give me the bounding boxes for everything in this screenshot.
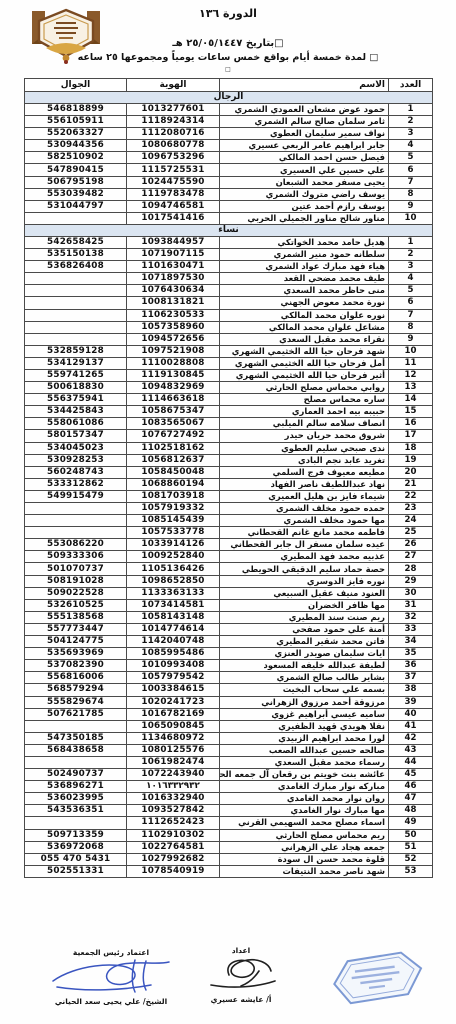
cell-id: 1058675347	[127, 406, 220, 418]
table-row: 17شروق محمد حريان حيدر107672749258015734…	[25, 430, 433, 442]
cell-mobile	[25, 297, 127, 309]
cell-mobile: 504124775	[25, 636, 127, 648]
cell-count: 3	[389, 261, 433, 273]
cell-mobile: 532859128	[25, 345, 127, 357]
cell-name: نوره علوان محمد المالكي	[220, 309, 389, 321]
cell-name: شيماء فايز بن هليل العميري	[220, 490, 389, 502]
prepared-block: اعداد أ/ عايشه عسيري	[188, 946, 294, 1004]
cell-count: 28	[389, 563, 433, 575]
cell-mobile: 553086220	[25, 539, 127, 551]
table-row: 45عائشه بنت خويتم بن رقعان آل جمعه الحار…	[25, 769, 433, 781]
table-row: 33أمنة علي حمود صفحي1014774614557773447	[25, 623, 433, 635]
table-row: 19تغريد عابد نجم البادي10568126375309282…	[25, 454, 433, 466]
cell-name: ندى صبحي سليم العطوي	[220, 442, 389, 454]
header-count: العدد	[389, 79, 433, 92]
duration-line: □ لمدة خمسة أيام بواقع خمس ساعات يومياً …	[0, 52, 456, 63]
cell-count: 12	[389, 369, 433, 381]
cell-name: عائشه بنت خويتم بن رقعان آل جمعه الحارثي	[220, 769, 389, 781]
cell-mobile: 536896271	[25, 781, 127, 793]
cell-name: يوسف رازم أحمد عتين	[220, 200, 389, 212]
cell-id: 1101630471	[127, 261, 220, 273]
cell-name: مباركه نوار مبارك الغامدي	[220, 781, 389, 793]
table-row: 8مشاعل علوان محمد المالكي1057358960	[25, 321, 433, 333]
cell-name: نقراء محمد مقبل السعدي	[220, 333, 389, 345]
cell-id: 1096753296	[127, 152, 220, 164]
cell-id: 1085145439	[127, 515, 220, 527]
cell-count: 46	[389, 781, 433, 793]
table-row: 9نقراء محمد مقبل السعدي1094572656	[25, 333, 433, 345]
cell-count: 9	[389, 200, 433, 212]
cell-name: يوسف راضي متروك الشمري	[220, 188, 389, 200]
cell-id: 1024475590	[127, 176, 220, 188]
cell-count: 50	[389, 829, 433, 841]
cell-id: 1118924314	[127, 116, 220, 128]
cell-id: 1094746581	[127, 200, 220, 212]
cell-count: 19	[389, 454, 433, 466]
table-row: 4طيف محمد مضحي القعد1071897530	[25, 273, 433, 285]
table-row: 18ندى صبحي سليم العطوي110251816253404502…	[25, 442, 433, 454]
table-row: 20مطيعه معيوف فرج السلمي1058450048560248…	[25, 466, 433, 478]
cell-mobile: 543536351	[25, 805, 127, 817]
cell-mobile: 531044797	[25, 200, 127, 212]
cell-count: 1	[389, 236, 433, 248]
table-row: 35ايات سليمان صويدر العنزي10859954865356…	[25, 648, 433, 660]
table-row: 3هياء فهد مبارك عواد الشمري1101630471536…	[25, 261, 433, 273]
cell-mobile: 536826408	[25, 261, 127, 273]
table-row: 22شيماء فايز بن هليل العميري108170391854…	[25, 490, 433, 502]
cell-mobile: 556105911	[25, 116, 127, 128]
cell-id: 1056812637	[127, 454, 220, 466]
cell-name: علي حسين علي العسيري	[220, 164, 389, 176]
cell-id: 1003384615	[127, 684, 220, 696]
table-row: 29نوره فايز الدوسري1098652850508191028	[25, 575, 433, 587]
cell-name: ساميه عيسي أبراهيم غزوي	[220, 708, 389, 720]
cell-mobile: 555829674	[25, 696, 127, 708]
cell-name: ريم محماس مصلح الحارثي	[220, 829, 389, 841]
cell-id: 1057358960	[127, 321, 220, 333]
table-row: 10شهد فرحان حيا الله الخثيمي الشهري10975…	[25, 345, 433, 357]
cell-id: 1094832969	[127, 382, 220, 394]
table-row: 10مناور شالح مناور الجميلي الحربي1017541…	[25, 212, 433, 224]
cell-name: سلطانه حمود منير الشمري	[220, 249, 389, 261]
cell-name: حمود عوض مشعان العمودي الشمري	[220, 104, 389, 116]
cell-mobile	[25, 756, 127, 768]
cell-mobile: 535150138	[25, 249, 127, 261]
cell-name: منى حاظر محمد السعدي	[220, 285, 389, 297]
table-row: 8يوسف راضي متروك الشمري11197834785530394…	[25, 188, 433, 200]
cell-id: 1008131821	[127, 297, 220, 309]
cell-id: 1076727492	[127, 430, 220, 442]
section-row: نساء	[25, 224, 433, 236]
cell-count: 2	[389, 249, 433, 261]
cell-id: 1094572656	[127, 333, 220, 345]
cell-count: 13	[389, 382, 433, 394]
cell-id: 1083565067	[127, 418, 220, 430]
cell-name: نواف سمير سليمان العطوي	[220, 128, 389, 140]
cell-mobile: 507621785	[25, 708, 127, 720]
table-row: 30العنود منيف عقيل السبيعي11333631335090…	[25, 587, 433, 599]
cell-id: 1119783478	[127, 188, 220, 200]
cell-count: 8	[389, 321, 433, 333]
cell-name: طيف محمد مضحي القعد	[220, 273, 389, 285]
cell-id: 1009252840	[127, 551, 220, 563]
cell-count: 4	[389, 140, 433, 152]
table-row: 23حمده حمود مخلف الشمري1057919332	[25, 503, 433, 515]
cell-count: 33	[389, 623, 433, 635]
cell-name: جمعه هجاد علي الزهراني	[220, 841, 389, 853]
cell-name: حبيبه بيه احمد العماري	[220, 406, 389, 418]
cell-id: 1027992682	[127, 853, 220, 865]
cell-id: 1102910302	[127, 829, 220, 841]
cell-mobile: 582510902	[25, 152, 127, 164]
cell-id: 1114663618	[127, 394, 220, 406]
cell-count: 51	[389, 841, 433, 853]
cell-name: مرزوقة أحمد مرزوق الزهراني	[220, 696, 389, 708]
cell-mobile: 530928253	[25, 454, 127, 466]
cell-id: 1112652423	[127, 817, 220, 829]
cell-id: 1105136426	[127, 563, 220, 575]
cell-count: 53	[389, 865, 433, 877]
cell-id: 1014774614	[127, 623, 220, 635]
cell-id: 1016782169	[127, 708, 220, 720]
table-row: 43صالحه حسين عبدالله الصعب10801255765684…	[25, 744, 433, 756]
cell-count: 10	[389, 212, 433, 224]
cell-name: هياء فهد مبارك عواد الشمري	[220, 261, 389, 273]
cell-id: 1071907115	[127, 249, 220, 261]
cell-id: 1112080716	[127, 128, 220, 140]
table-row: 1هديل حامد محمد الخواتكي1093844957542658…	[25, 236, 433, 248]
date-block: □بتاريخ ٢٥/٠٥/١٤٤٧ هـ □ لمدة خمسة أيام ب…	[0, 38, 456, 73]
cell-name: تغريد عابد نجم البادي	[220, 454, 389, 466]
table-row: 32ريم صنت سند المطيري1058143148555138568	[25, 611, 433, 623]
cell-mobile: 555138568	[25, 611, 127, 623]
cell-name: جابر ابراهيم عامر الربعي عسيري	[220, 140, 389, 152]
date-line: □بتاريخ ٢٥/٠٥/١٤٤٧ هـ	[0, 38, 456, 49]
cell-count: 20	[389, 466, 433, 478]
table-row: 36لطيفة عبدالله خليفه المسعود10109934085…	[25, 660, 433, 672]
cell-mobile	[25, 817, 127, 829]
cell-count: 30	[389, 587, 433, 599]
cell-mobile: 530944356	[25, 140, 127, 152]
cell-id: 1022764581	[127, 841, 220, 853]
table-row: 6علي حسين علي العسيري1115725531547890415	[25, 164, 433, 176]
cell-count: 25	[389, 527, 433, 539]
cell-count: 6	[389, 297, 433, 309]
cell-id: 1119130845	[127, 369, 220, 381]
cell-mobile: 547890415	[25, 164, 127, 176]
cell-mobile: 559741265	[25, 369, 127, 381]
cell-id: 1080680778	[127, 140, 220, 152]
table-row: 27عذبيه محمد فهد المطيري1009252840509333…	[25, 551, 433, 563]
cell-id: 1020241723	[127, 696, 220, 708]
cell-mobile: 502490737	[25, 769, 127, 781]
cell-name: مها مبارك نوار الغامدي	[220, 805, 389, 817]
cell-id: 1033914126	[127, 539, 220, 551]
table-row: 2سلطانه حمود منير الشمري1071907115535150…	[25, 249, 433, 261]
cell-count: 7	[389, 176, 433, 188]
cell-id: 1093527842	[127, 805, 220, 817]
cell-count: 11	[389, 357, 433, 369]
cell-name: حصة حماد سليم الدقيقي الحويطي	[220, 563, 389, 575]
table-row: 41نفلا هويدي قهيد الظفيري1065090845	[25, 720, 433, 732]
table-row: 31مها ظافر الخضران1073414581532610525	[25, 599, 433, 611]
cell-count: 15	[389, 406, 433, 418]
cell-id: 1102518162	[127, 442, 220, 454]
cell-name: فيصل حسن احمد المالكي	[220, 152, 389, 164]
table-row: 51جمعه هجاد علي الزهراني1022764581536972…	[25, 841, 433, 853]
cell-count: 24	[389, 515, 433, 527]
cell-id: 1081703918	[127, 490, 220, 502]
cell-name: مها حمود مخلف الشمري	[220, 515, 389, 527]
cell-id: 1093844957	[127, 236, 220, 248]
cell-mobile	[25, 273, 127, 285]
blue-handwritten-signature-icon	[36, 957, 186, 999]
cell-count: 44	[389, 756, 433, 768]
cell-count: 21	[389, 478, 433, 490]
cell-name: ساره محماس مصلح	[220, 394, 389, 406]
cell-count: 16	[389, 418, 433, 430]
cell-mobile: 549915479	[25, 490, 127, 502]
cell-count: 5	[389, 285, 433, 297]
cell-count: 4	[389, 273, 433, 285]
cell-name: أمل فرحان حيا الله الخثيمي الشهري	[220, 357, 389, 369]
cell-count: 5	[389, 152, 433, 164]
table-row: 21نهاد عبداللطيف ناصر الفهاد106886019453…	[25, 478, 433, 490]
cell-name: بسمه علي سحاب البخيت	[220, 684, 389, 696]
table-row: 49اسماء مصلح محمد السهيمي القرني11126524…	[25, 817, 433, 829]
cell-id: 1065090845	[127, 720, 220, 732]
table-row: 52قلوة محمد حسن ال سودة1027992682055 470…	[25, 853, 433, 865]
cell-mobile: 509333306	[25, 551, 127, 563]
cell-mobile	[25, 720, 127, 732]
table-row: 12أثير فرحان حيا الله الخثيمي الشهري1119…	[25, 369, 433, 381]
cell-mobile: 509713359	[25, 829, 127, 841]
cell-name: ريم صنت سند المطيري	[220, 611, 389, 623]
cell-mobile: 055 470 5431	[25, 853, 127, 865]
table-row: 39مرزوقة أحمد مرزوق الزهراني102024172355…	[25, 696, 433, 708]
cell-mobile: 557773447	[25, 623, 127, 635]
table-row: 48مها مبارك نوار الغامدي1093527842543536…	[25, 805, 433, 817]
table-row: 16انصاف سلامه سالم الميلبي10835650675580…	[25, 418, 433, 430]
cell-name: روابي محماس مصلح الحارثي	[220, 382, 389, 394]
approval-name: الشيخ/ علي يحيى سعد الحياني	[36, 997, 186, 1006]
cell-mobile: 558061086	[25, 418, 127, 430]
cell-mobile	[25, 503, 127, 515]
header-id: الهوية	[127, 79, 220, 92]
table-row: 46مباركه نوار مبارك الغامدي١٠١٦٣٣٢٩٣٢536…	[25, 781, 433, 793]
cell-id: 1016332940	[127, 793, 220, 805]
table-row: 40ساميه عيسي أبراهيم غزوي101678216950762…	[25, 708, 433, 720]
cell-mobile	[25, 285, 127, 297]
header-name: الاسم	[220, 79, 389, 92]
cell-mobile	[25, 321, 127, 333]
cell-name: نهاد عبداللطيف ناصر الفهاد	[220, 478, 389, 490]
cell-id: 1058143148	[127, 611, 220, 623]
table-row: 6نورة محمد معوض الجهني1008131821	[25, 297, 433, 309]
cell-mobile: 542658425	[25, 236, 127, 248]
table-row: 44رسماء محمد مقبل السعدي1061982474	[25, 756, 433, 768]
table-row: 5منى حاظر محمد السعدي1076430634	[25, 285, 433, 297]
cell-id: 1057533778	[127, 527, 220, 539]
cell-count: 52	[389, 853, 433, 865]
table-row: 15حبيبه بيه احمد العماري1058675347534425…	[25, 406, 433, 418]
cell-name: لورا محمد ابراهيم الزبيدي	[220, 732, 389, 744]
table-row: 7يحيى مسفر محمد الشبعان10244755905067951…	[25, 176, 433, 188]
cell-count: 10	[389, 345, 433, 357]
table-row: 25فاطمه محمد مانع غانم القحطاني105753377…	[25, 527, 433, 539]
table-row: 42لورا محمد ابراهيم الزبيدي1134680972547…	[25, 732, 433, 744]
table-row: 5فيصل حسن احمد المالكي109675329658251090…	[25, 152, 433, 164]
cell-name: أمنة علي حمود صفحي	[220, 623, 389, 635]
cell-count: 34	[389, 636, 433, 648]
approval-label: اعتماد رئيس الجمعية	[36, 948, 186, 957]
dark-handwritten-signature-icon	[188, 955, 294, 997]
cell-id: 1078540919	[127, 865, 220, 877]
cell-name: عيده سلمان مسفر ال جابر القحطاني	[220, 539, 389, 551]
cell-mobile: 560248743	[25, 466, 127, 478]
cell-id: 1106230533	[127, 309, 220, 321]
cell-mobile: 532610525	[25, 599, 127, 611]
cell-id: 1017541416	[127, 212, 220, 224]
cell-name: حمده حمود مخلف الشمري	[220, 503, 389, 515]
cell-mobile: 556816006	[25, 672, 127, 684]
cell-id: 1142040748	[127, 636, 220, 648]
cell-count: 35	[389, 648, 433, 660]
cell-name: صالحه حسين عبدالله الصعب	[220, 744, 389, 756]
cell-count: 3	[389, 128, 433, 140]
cell-mobile: 533312862	[25, 478, 127, 490]
prepared-label: اعداد	[188, 946, 294, 955]
cell-name: اسماء مصلح محمد السهيمي القرني	[220, 817, 389, 829]
cell-id: 1013277601	[127, 104, 220, 116]
header-mobile: الجوال	[25, 79, 127, 92]
cell-name: مشاعل علوان محمد المالكي	[220, 321, 389, 333]
cell-mobile: 546818899	[25, 104, 127, 116]
cell-mobile: 580157347	[25, 430, 127, 442]
table-row: 1حمود عوض مشعان العمودي الشمري1013277601…	[25, 104, 433, 116]
section-label: نساء	[25, 224, 433, 236]
cell-name: شهد ناصر محمد النتيفات	[220, 865, 389, 877]
cell-mobile: 536972068	[25, 841, 127, 853]
table-row: 37بشاير طالب صالح الشمري1057979542556816…	[25, 672, 433, 684]
cell-count: 48	[389, 805, 433, 817]
cell-count: 38	[389, 684, 433, 696]
cell-mobile: 534425843	[25, 406, 127, 418]
table-row: 3نواف سمير سليمان العطوي1112080716552063…	[25, 128, 433, 140]
cell-name: نورة محمد معوض الجهني	[220, 297, 389, 309]
cell-id: 1097521908	[127, 345, 220, 357]
cell-mobile: 552063327	[25, 128, 127, 140]
table-row: 4جابر ابراهيم عامر الربعي عسيري108068077…	[25, 140, 433, 152]
cell-mobile: 506795198	[25, 176, 127, 188]
table-row: 47روان نوار محمد الغامدي1016332940536023…	[25, 793, 433, 805]
table-row: 9يوسف رازم أحمد عتين1094746581531044797	[25, 200, 433, 212]
cell-mobile: 508191028	[25, 575, 127, 587]
cell-count: 8	[389, 188, 433, 200]
cell-count: 26	[389, 539, 433, 551]
cell-count: 36	[389, 660, 433, 672]
cell-id: 1071897530	[127, 273, 220, 285]
table-row: 53شهد ناصر محمد النتيفات1078540919502551…	[25, 865, 433, 877]
table-row: 28حصة حماد سليم الدقيقي الحويطي110513642…	[25, 563, 433, 575]
table-row: 7نوره علوان محمد المالكي1106230533	[25, 309, 433, 321]
cell-name: مناور شالح مناور الجميلي الحربي	[220, 212, 389, 224]
cell-mobile: 534045023	[25, 442, 127, 454]
footer: اعتماد رئيس الجمعية الشيخ/ علي يحيى سعد …	[0, 944, 456, 1022]
cell-count: 41	[389, 720, 433, 732]
cell-count: 49	[389, 817, 433, 829]
table-row: 14ساره محماس مصلح1114663618556375941	[25, 394, 433, 406]
cell-name: رسماء محمد مقبل السعدي	[220, 756, 389, 768]
cell-count: 27	[389, 551, 433, 563]
cell-name: أثير فرحان حيا الله الخثيمي الشهري	[220, 369, 389, 381]
table-row: 38بسمه علي سحاب البخيت100338461556857929…	[25, 684, 433, 696]
cell-name: لطيفة عبدالله خليفه المسعود	[220, 660, 389, 672]
cell-id: 1057979542	[127, 672, 220, 684]
cell-mobile: 537082390	[25, 660, 127, 672]
cell-id: 1010993408	[127, 660, 220, 672]
cell-count: 6	[389, 164, 433, 176]
cell-name: فاطمه محمد مانع غانم القحطاني	[220, 527, 389, 539]
cell-mobile: 568438658	[25, 744, 127, 756]
cell-count: 32	[389, 611, 433, 623]
cell-count: 47	[389, 793, 433, 805]
cell-mobile: 501070737	[25, 563, 127, 575]
cell-id: 1068860194	[127, 478, 220, 490]
cell-count: 17	[389, 430, 433, 442]
cell-mobile: 553039482	[25, 188, 127, 200]
approval-block: اعتماد رئيس الجمعية الشيخ/ علي يحيى سعد …	[36, 948, 186, 1006]
table-row: 13روابي محماس مصلح الحارثي10948329695006…	[25, 382, 433, 394]
cell-mobile: 535693969	[25, 648, 127, 660]
cell-name: عذبيه محمد فهد المطيري	[220, 551, 389, 563]
cell-name: شهد فرحان حيا الله الخثيمي الشهري	[220, 345, 389, 357]
cell-id: 1133363133	[127, 587, 220, 599]
cell-count: 39	[389, 696, 433, 708]
cell-name: مها ظافر الخضران	[220, 599, 389, 611]
table-row: 11أمل فرحان حيا الله الخثيمي الشهري11100…	[25, 357, 433, 369]
cell-id: 1134680972	[127, 732, 220, 744]
cell-name: فاتن محمد شقير المطيري	[220, 636, 389, 648]
cell-name: بشاير طالب صالح الشمري	[220, 672, 389, 684]
cell-id: 1076430634	[127, 285, 220, 297]
cell-count: 23	[389, 503, 433, 515]
cell-id: 1057919332	[127, 503, 220, 515]
cell-count: 43	[389, 744, 433, 756]
cell-mobile	[25, 309, 127, 321]
cell-name: شروق محمد حريان حيدر	[220, 430, 389, 442]
cell-name: روان نوار محمد الغامدي	[220, 793, 389, 805]
cell-id: 1072243940	[127, 769, 220, 781]
roster-table: العدد الاسم الهوية الجوال الرجال1حمود عو…	[24, 78, 433, 878]
cell-id: 1115725531	[127, 164, 220, 176]
cell-id: 1073414581	[127, 599, 220, 611]
cell-count: 31	[389, 599, 433, 611]
table-row: 24مها حمود مخلف الشمري1085145439	[25, 515, 433, 527]
table-row: 26عيده سلمان مسفر ال جابر القحطاني103391…	[25, 539, 433, 551]
cell-id: 1085995486	[127, 648, 220, 660]
cell-id: 1061982474	[127, 756, 220, 768]
cell-count: 45	[389, 769, 433, 781]
cell-count: 42	[389, 732, 433, 744]
cell-mobile	[25, 515, 127, 527]
cell-name: العنود منيف عقيل السبيعي	[220, 587, 389, 599]
cell-id: 1110028808	[127, 357, 220, 369]
cell-name: مطيعه معيوف فرج السلمي	[220, 466, 389, 478]
cell-mobile	[25, 333, 127, 345]
cell-mobile	[25, 527, 127, 539]
cell-name: قلوة محمد حسن ال سودة	[220, 853, 389, 865]
